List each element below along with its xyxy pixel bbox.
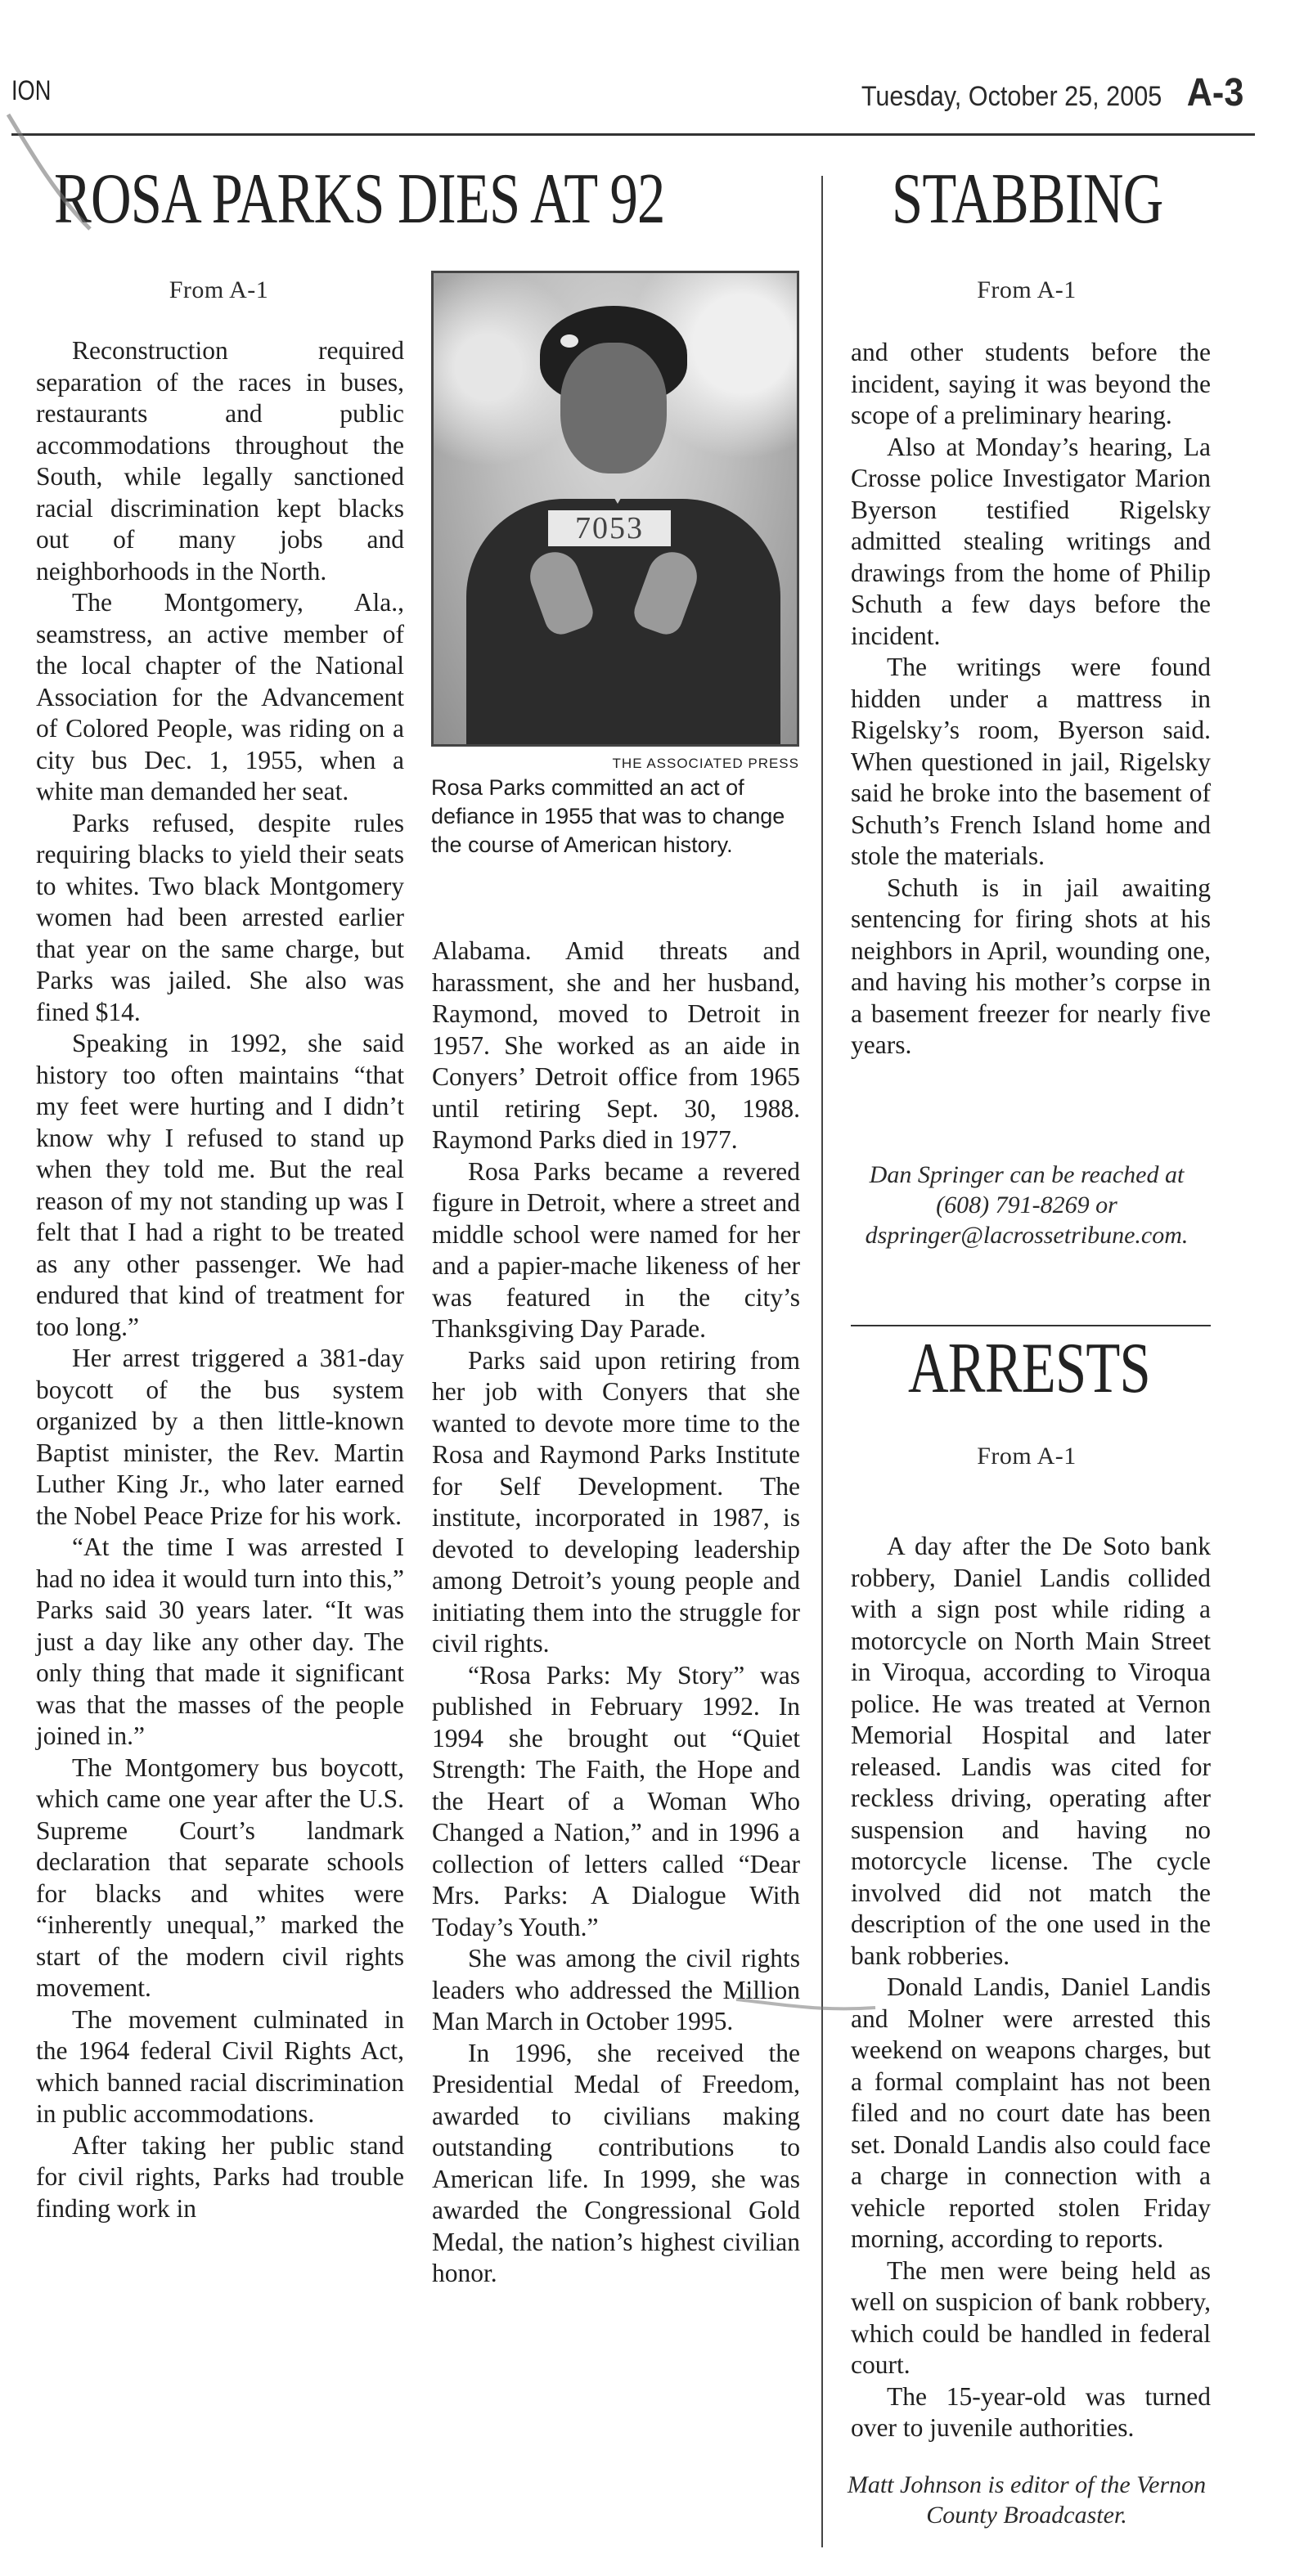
paragraph: Schuth is in jail awaiting sentencing fo… (851, 873, 1211, 1061)
arrests-column: A day after the De Soto bank robbery, Da… (851, 1531, 1211, 2444)
paragraph: The writings were found hidden under a m… (851, 652, 1211, 873)
photo-caption: Rosa Parks committed an act of defiance … (431, 774, 799, 859)
dateline: Tuesday, October 25, 2005 A-3 (828, 70, 1243, 115)
paragraph: Parks refused, despite rules requiring b… (36, 808, 404, 1029)
paragraph: The 15-year-old was turned over to juven… (851, 2381, 1211, 2444)
paragraph: The Montgomery, Ala., seamstress, an act… (36, 587, 404, 808)
rosa-parks-mugshot-photo: 7053 (431, 271, 799, 747)
rosa-parks-column-1: Reconstruction required separation of th… (36, 335, 404, 2224)
paragraph: Reconstruction required separation of th… (36, 335, 404, 587)
rosa-parks-jump-line: From A-1 (33, 276, 405, 304)
paragraph: Rosa Parks became a revered figure in De… (432, 1156, 800, 1345)
issue-date: Tuesday, October 25, 2005 (861, 81, 1162, 113)
photo-face (560, 343, 667, 473)
paragraph: Also at Monday’s hearing, La Crosse poli… (851, 432, 1211, 653)
paragraph: The men were being held as well on suspi… (851, 2255, 1211, 2381)
paragraph: Alabama. Amid threats and harassment, sh… (432, 936, 800, 1156)
paragraph: Speaking in 1992, she said history too o… (36, 1028, 404, 1343)
section-slug: ION (11, 75, 51, 107)
paragraph: A day after the De Soto bank robbery, Da… (851, 1531, 1211, 1972)
arrests-jump-line: From A-1 (847, 1443, 1207, 1470)
paragraph: After taking her public stand for civil … (36, 2130, 404, 2225)
photo-hair-clip (560, 334, 578, 348)
stabbing-jump-line: From A-1 (847, 276, 1207, 304)
paragraph: Parks said upon retiring from her job wi… (432, 1345, 800, 1660)
arrests-author-tagline: Matt Johnson is editor of the Vernon Cou… (847, 2470, 1207, 2530)
header-rule (11, 133, 1255, 136)
paragraph: Donald Landis, Daniel Landis and Molner … (851, 1972, 1211, 2255)
stabbing-headline: STABBING (892, 164, 1163, 236)
rosa-parks-headline: ROSA PARKS DIES AT 92 (54, 164, 665, 236)
column-divider (821, 176, 823, 2547)
arrests-headline: ARRESTS (908, 1333, 1150, 1405)
paragraph: “Rosa Parks: My Story” was published in … (432, 1660, 800, 1944)
paragraph: She was among the civil rights leaders w… (432, 1943, 800, 2038)
story-separator-rule (851, 1325, 1211, 1326)
paragraph: Her arrest triggered a 381-day boycott o… (36, 1343, 404, 1532)
paragraph: In 1996, she received the Presidential M… (432, 2038, 800, 2290)
paragraph: “At the time I was arrested I had no ide… (36, 1532, 404, 1752)
stabbing-column: and other students before the incident, … (851, 337, 1211, 1061)
paragraph: The Montgomery bus boycott, which came o… (36, 1752, 404, 2004)
photo-placard: 7053 (548, 510, 671, 546)
paragraph: The movement culminated in the 1964 fede… (36, 2004, 404, 2130)
page-number: A-3 (1186, 70, 1243, 115)
photo-credit: THE ASSOCIATED PRESS (431, 756, 799, 772)
rosa-parks-column-2: Alabama. Amid threats and harassment, sh… (432, 936, 800, 2290)
paragraph: and other students before the incident, … (851, 337, 1211, 432)
stabbing-author-tagline: Dan Springer can be reached at (608) 791… (847, 1160, 1207, 1250)
